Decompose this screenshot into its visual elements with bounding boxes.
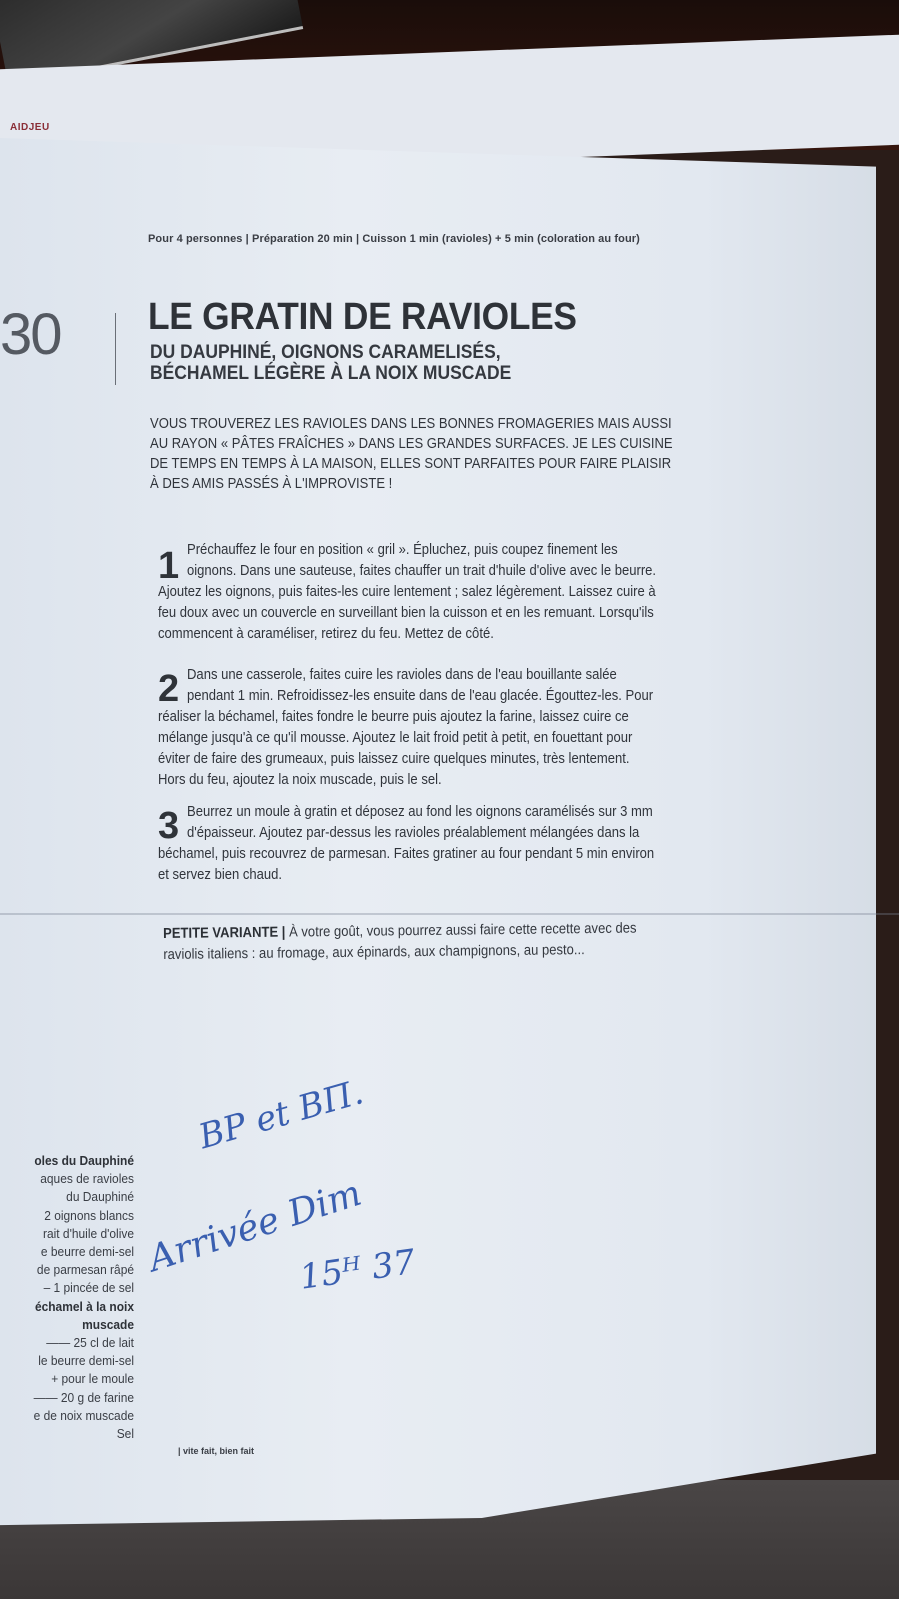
back-sheet-label: AIDJEU	[10, 122, 50, 133]
title-divider	[115, 313, 116, 385]
recipe-title: LE GRATIN DE RAVIOLES	[148, 296, 577, 338]
recipe-subtitle: DU DAUPHINÉ, OIGNONS CARAMELISÉS, BÉCHAM…	[150, 342, 665, 384]
ingredient-item: aques de ravioles	[0, 1170, 134, 1188]
ingredient-item: Sel	[0, 1425, 134, 1443]
ingredient-item: – 1 pincée de sel	[0, 1279, 134, 1297]
recipe-number: 30	[0, 306, 61, 364]
page-footer: | vite fait, bien fait	[178, 1446, 254, 1456]
ingredient-item: le beurre demi-sel	[0, 1352, 134, 1370]
ingredient-item: —— 20 g de farine	[0, 1389, 134, 1407]
ingredient-item: e beurre demi-sel	[0, 1243, 134, 1261]
ingredient-item: —— 25 cl de lait	[0, 1334, 134, 1352]
recipe-intro: VOUS TROUVEREZ LES RAVIOLES DANS LES BON…	[150, 414, 744, 494]
step-text: Beurrez un moule à gratin et déposez au …	[158, 802, 770, 886]
variant-label: PETITE VARIANTE |	[163, 925, 285, 942]
page-fold-line	[0, 913, 899, 915]
ingredient-item: 2 oignons blancs	[0, 1207, 134, 1225]
ingredient-item: rait d'huile d'olive	[0, 1225, 134, 1243]
ingredient-item: muscade	[0, 1316, 134, 1334]
variant-note: PETITE VARIANTE | À votre goût, vous pou…	[163, 917, 775, 966]
ingredient-item: + pour le moule	[0, 1370, 134, 1388]
ingredient-item: oles du Dauphiné	[0, 1152, 134, 1170]
ingredient-item: du Dauphiné	[0, 1188, 134, 1206]
step-text: Préchauffez le four en position « gril »…	[158, 540, 770, 645]
step-text: Dans une casserole, faites cuire les rav…	[158, 665, 770, 791]
ingredient-item: e de noix muscade	[0, 1407, 134, 1425]
ingredient-item: de parmesan râpé	[0, 1261, 134, 1279]
ingredient-item: échamel à la noix	[0, 1298, 134, 1316]
recipe-meta: Pour 4 personnes | Préparation 20 min | …	[148, 233, 640, 245]
ingredients-list: oles du Dauphinéaques de raviolesdu Daup…	[0, 1152, 134, 1443]
